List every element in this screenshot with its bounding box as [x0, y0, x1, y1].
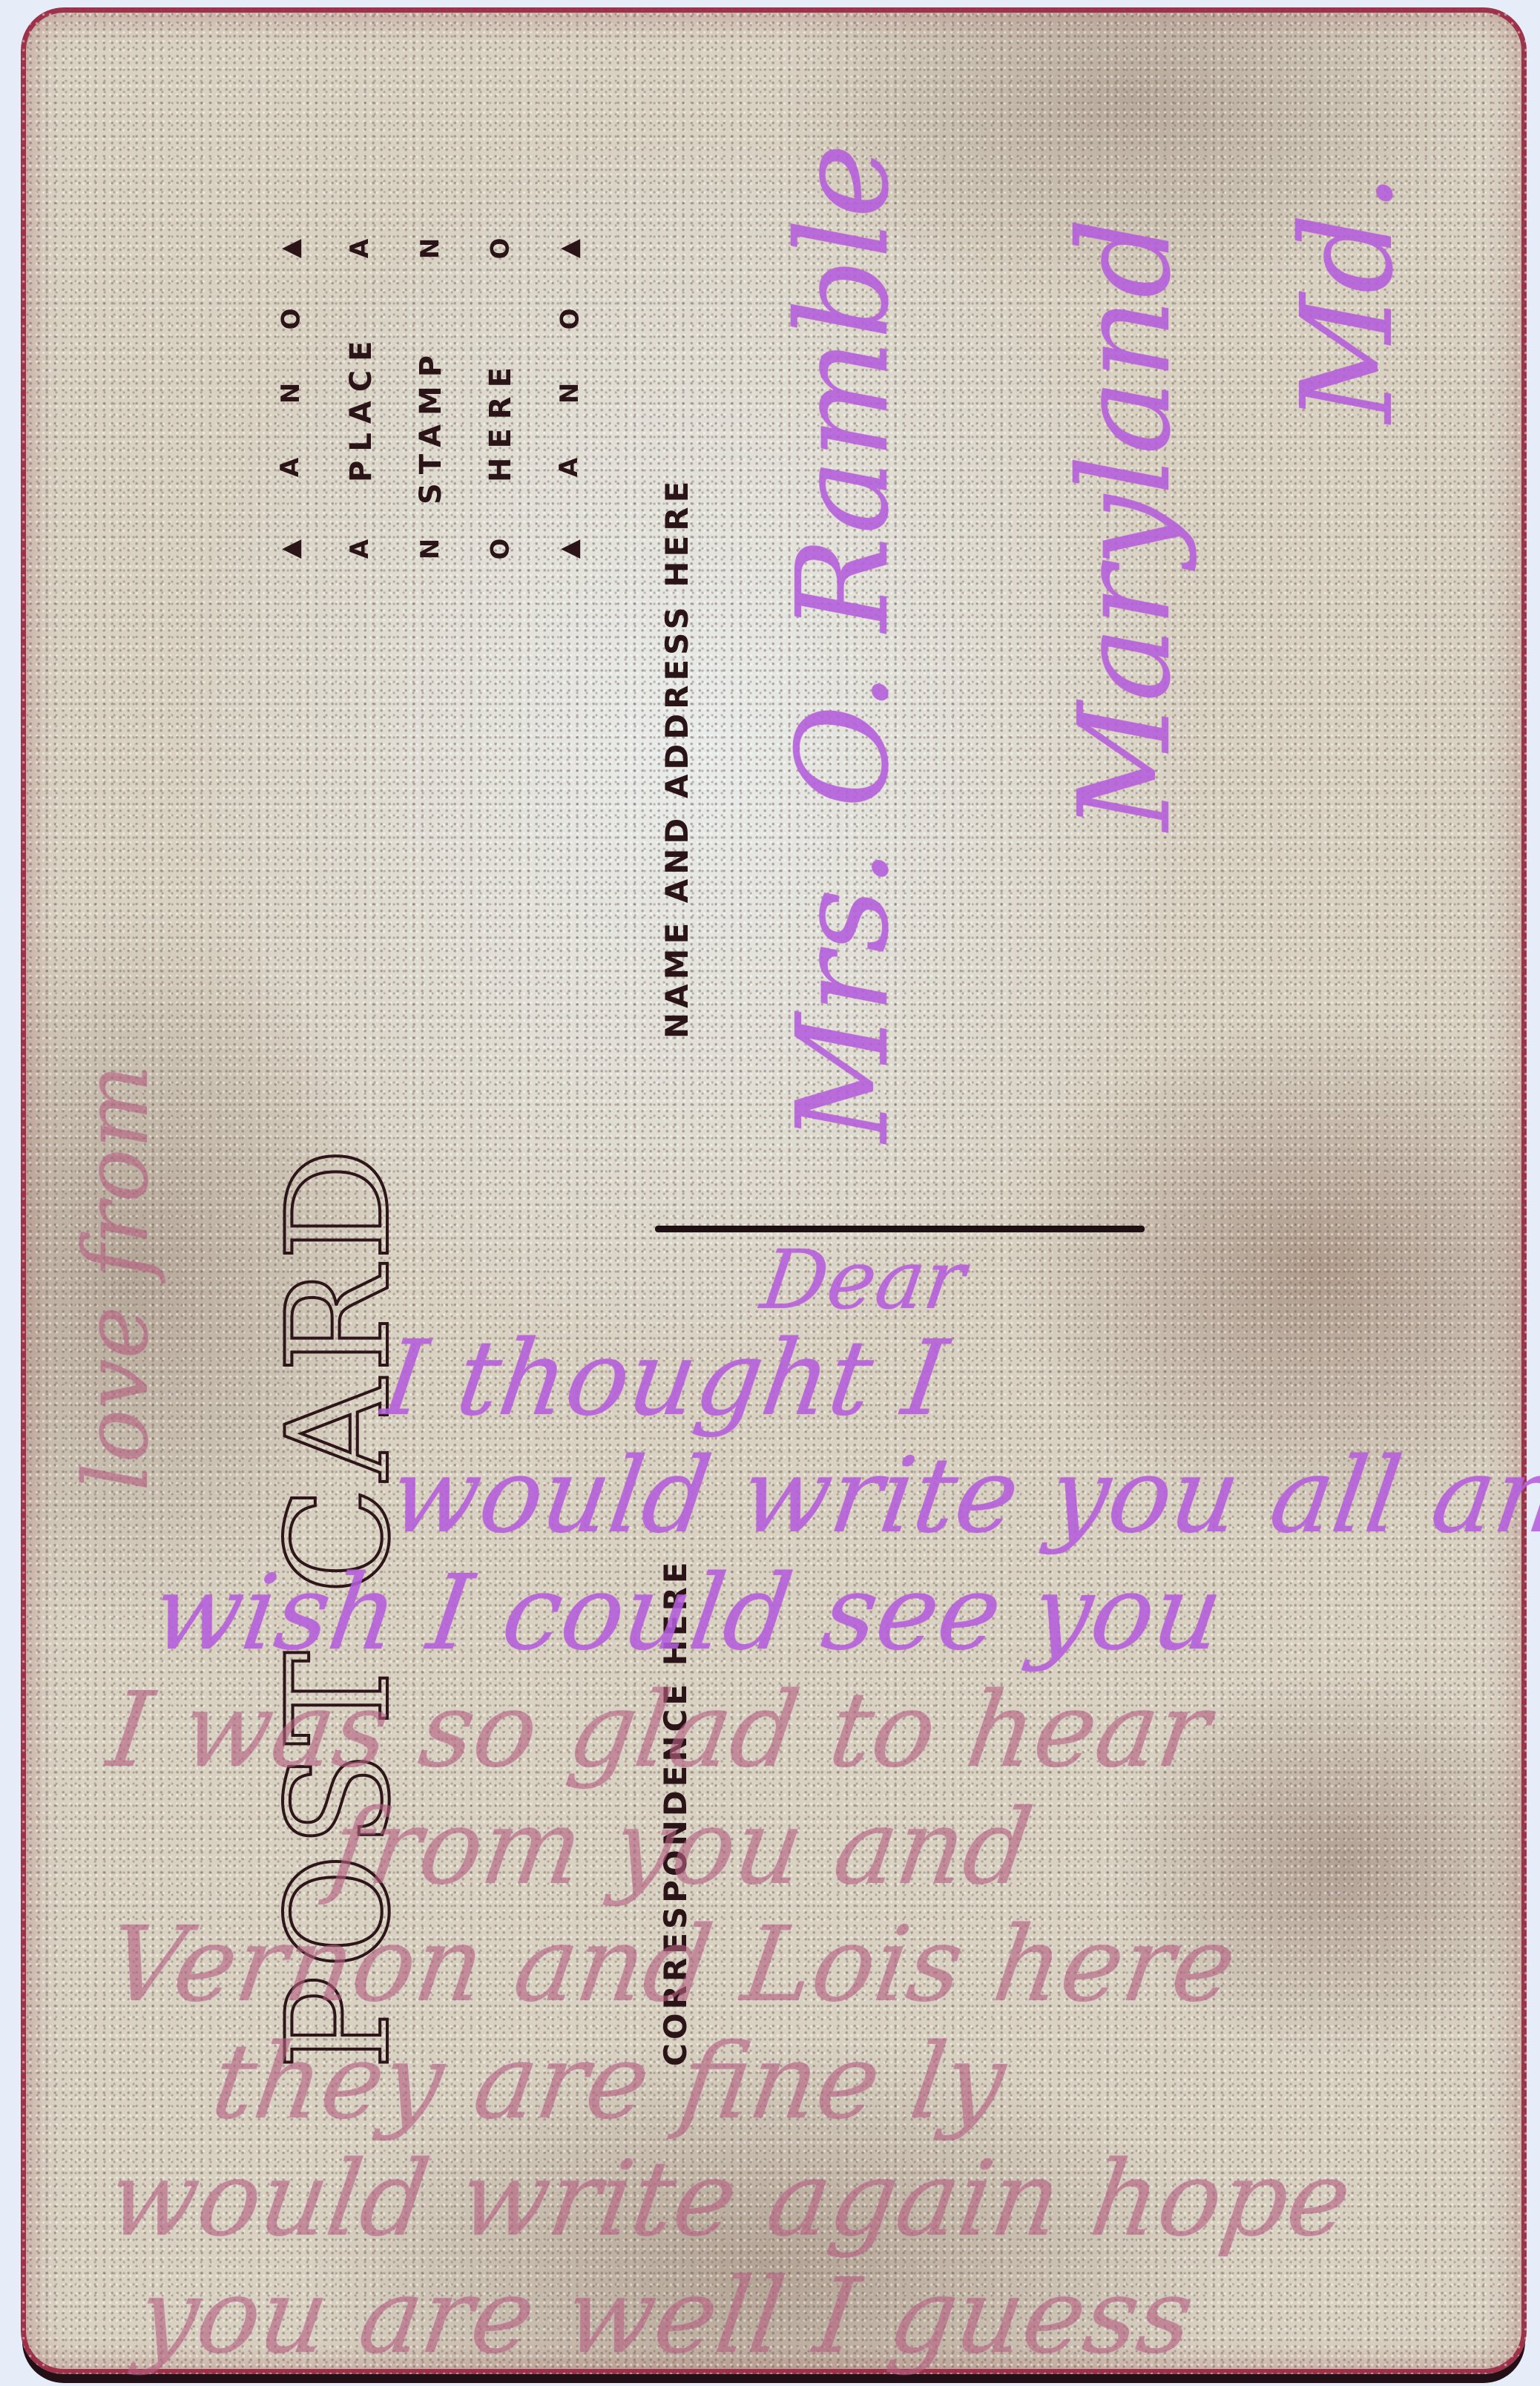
message-line: from you and	[324, 1789, 1527, 1907]
message-line: wish I could see you	[146, 1555, 1527, 1672]
message-line: you are well I guess	[131, 2258, 1527, 2376]
message-line: I was so glad to hear	[102, 1672, 1527, 1789]
message-line: would write again hope	[102, 2141, 1527, 2258]
postcard-back: ▲ O N A ▲ A PLACE A N STAMP N O HERE O ▲…	[21, 7, 1527, 2374]
handwritten-address-line: Mrs. O. Ramble	[770, 144, 917, 1143]
message-line: Dear	[757, 1239, 1524, 1321]
stamp-box: ▲ O N A ▲ A PLACE A N STAMP N O HERE O ▲…	[266, 230, 614, 579]
address-label: NAME AND ADDRESS HERE	[659, 477, 695, 1039]
triangle-icon: ▲	[275, 239, 305, 258]
stamp-border-right: ▲ O N A ▲	[544, 230, 614, 579]
triangle-icon: ▲	[275, 539, 305, 559]
handwritten-address-line: Md.	[1274, 173, 1421, 423]
triangle-icon: ▲	[554, 239, 584, 258]
stamp-text-stamp: STAMP	[414, 346, 448, 505]
stamp-border-left: ▲ O N A ▲	[266, 230, 335, 579]
triangle-icon: ▲	[554, 539, 584, 559]
message-line: Vernon and Lois here	[102, 1907, 1527, 2024]
handwritten-address-line: Maryland	[1052, 217, 1199, 831]
stamp-text-place: PLACE	[344, 332, 378, 482]
stamp-text-here: HERE	[484, 358, 518, 482]
message-line: I thought I	[376, 1321, 1527, 1438]
divider-line	[655, 1226, 1145, 1232]
handwritten-message: Dear I thought I would write you all and…	[110, 1239, 1519, 2376]
message-line: they are fine ly	[205, 2024, 1527, 2141]
message-line: would write you all and	[384, 1438, 1527, 1555]
